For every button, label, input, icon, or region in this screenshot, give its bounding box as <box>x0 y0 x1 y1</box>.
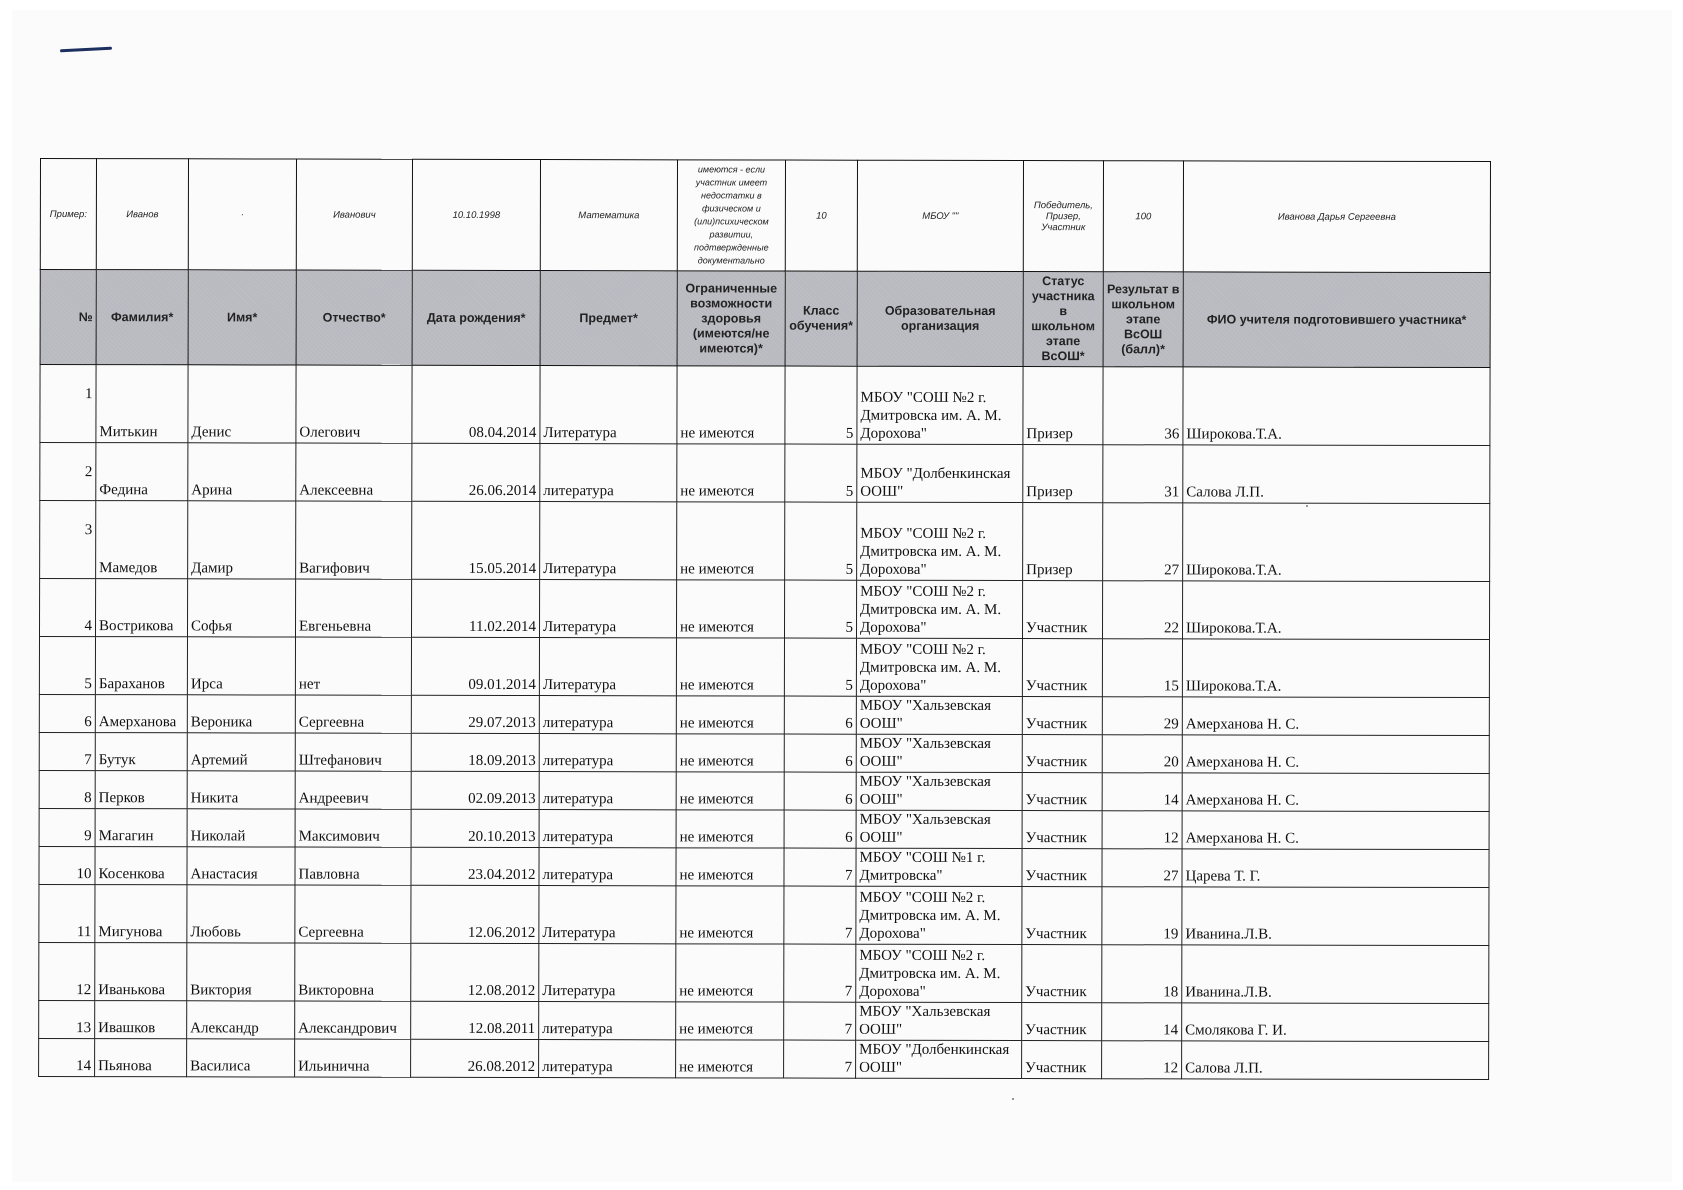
row-grade: 6 <box>784 810 856 848</box>
example-subject: Математика <box>540 160 677 271</box>
row-status: Участник <box>1022 773 1102 811</box>
row-birth-date: 20.10.2013 <box>411 809 539 847</box>
participants-table: Пример: Иванов · Иванович 10.10.1998 Мат… <box>38 158 1491 1080</box>
table-row: 10КосенковаАнастасияПавловна23.04.2012ли… <box>39 846 1489 887</box>
table-row: 8ПерковНикитаАндреевич02.09.2013литерату… <box>39 770 1489 811</box>
col-surname: Фамилия* <box>96 270 188 365</box>
row-health: не имеются <box>676 886 784 944</box>
row-num: 6 <box>39 694 95 732</box>
row-birth-date: 02.09.2013 <box>411 771 539 809</box>
table-row: 9МагагинНиколайМаксимович20.10.2013литер… <box>39 808 1489 849</box>
row-name: Александр <box>187 1001 295 1039</box>
example-score: 100 <box>1103 161 1183 272</box>
example-row: Пример: Иванов · Иванович 10.10.1998 Мат… <box>40 159 1490 273</box>
row-health: не имеются <box>676 1040 784 1078</box>
row-subject: литература <box>539 848 676 886</box>
row-grade: 5 <box>784 580 856 638</box>
table-row: 5БарахановИрсанет09.01.2014Литературане … <box>39 637 1489 698</box>
row-patronymic: Сергеевна <box>295 695 411 733</box>
col-status: Статус участника в школьном этапе ВсОШ* <box>1023 272 1103 367</box>
row-birth-date: 08.04.2014 <box>412 365 540 443</box>
row-grade: 5 <box>785 444 857 502</box>
row-teacher: Смолякова Г. И. <box>1182 1003 1489 1042</box>
row-patronymic: Викторовна <box>295 943 411 1001</box>
row-name: Артемий <box>187 733 295 771</box>
table-row: 1МитькинДенисОлегович08.04.2014Литератур… <box>40 365 1490 446</box>
row-patronymic: Алексеевна <box>296 443 412 501</box>
row-name: Никита <box>187 771 295 809</box>
row-grade: 5 <box>785 366 857 444</box>
col-organization: Образовательная организация <box>857 271 1023 366</box>
row-subject: литература <box>540 444 677 502</box>
row-birth-date: 11.02.2014 <box>411 579 539 637</box>
col-patronymic: Отчество* <box>296 270 412 365</box>
row-score: 31 <box>1103 445 1183 503</box>
row-birth-date: 18.09.2013 <box>411 733 539 771</box>
row-health: не имеются <box>676 772 784 810</box>
row-grade: 7 <box>784 944 856 1002</box>
row-organization: МБОУ "Долбенкинская ООШ" <box>856 1040 1022 1078</box>
table-row: 3МамедовДамирВагифович15.05.2014Литерату… <box>40 501 1490 582</box>
row-organization: МБОУ "СОШ №2 г. Дмитровска им. А. М. Дор… <box>856 944 1022 1002</box>
table-row: 14ПьяноваВасилисаИльинична26.08.2012лите… <box>39 1038 1489 1079</box>
row-health: не имеются <box>676 1002 784 1040</box>
example-num: Пример: <box>40 159 96 270</box>
row-subject: Литература <box>539 886 676 944</box>
row-organization: МБОУ "Хальзевская ООШ" <box>856 734 1022 772</box>
row-patronymic: Штефанович <box>295 733 411 771</box>
row-patronymic: Олегович <box>296 365 412 443</box>
row-birth-date: 15.05.2014 <box>412 501 540 579</box>
row-teacher: Широкова.Т.А. <box>1183 367 1490 446</box>
row-teacher: Широкова.Т.А. <box>1183 503 1490 582</box>
row-num: 3 <box>40 501 96 579</box>
row-score: 27 <box>1103 503 1183 581</box>
row-status: Участник <box>1022 581 1102 639</box>
example-grade: 10 <box>785 160 857 271</box>
row-score: 12 <box>1102 1041 1182 1079</box>
row-patronymic: Александрович <box>295 1001 411 1039</box>
row-teacher: Амерханова Н. С. <box>1182 735 1489 774</box>
pen-mark <box>60 47 112 53</box>
row-grade: 6 <box>784 734 856 772</box>
row-status: Призер <box>1023 367 1103 445</box>
row-organization: МБОУ "СОШ №2 г. Дмитровска им. А. М. Дор… <box>856 886 1022 944</box>
row-score: 18 <box>1102 945 1182 1003</box>
row-status: Участник <box>1022 945 1102 1003</box>
col-subject: Предмет* <box>540 271 677 366</box>
row-patronymic: Павловна <box>295 847 411 885</box>
table-row: 12ИваньковаВикторияВикторовна12.08.2012Л… <box>39 942 1489 1003</box>
row-teacher: Салова Л.П. <box>1183 445 1490 504</box>
row-score: 29 <box>1102 697 1182 735</box>
row-health: не имеются <box>676 944 784 1002</box>
row-health: не имеются <box>676 696 784 734</box>
row-status: Участник <box>1022 849 1102 887</box>
row-organization: МБОУ "Хальзевская ООШ" <box>856 696 1022 734</box>
row-teacher: Амерханова Н. С. <box>1182 697 1489 736</box>
row-patronymic: нет <box>295 637 411 695</box>
col-birth-date: Дата рождения* <box>412 270 540 365</box>
row-health: не имеются <box>677 502 785 580</box>
row-subject: Литература <box>539 944 676 1002</box>
row-teacher: Иванина.Л.В. <box>1182 887 1489 946</box>
row-organization: МБОУ "Хальзевская ООШ" <box>856 1002 1022 1040</box>
row-status: Участник <box>1022 1003 1102 1041</box>
row-organization: МБОУ "СОШ №2 г. Дмитровска им. А. М. Дор… <box>857 366 1023 444</box>
row-status: Участник <box>1022 735 1102 773</box>
row-health: не имеются <box>676 810 784 848</box>
row-score: 22 <box>1102 581 1182 639</box>
row-grade: 7 <box>784 1002 856 1040</box>
table-row: 4ВостриковаСофьяЕвгеньевна11.02.2014Лите… <box>39 579 1489 640</box>
row-score: 19 <box>1102 887 1182 945</box>
row-surname: Вострикова <box>95 579 187 637</box>
row-grade: 7 <box>784 848 856 886</box>
row-status: Призер <box>1023 503 1103 581</box>
row-grade: 7 <box>784 1040 856 1078</box>
example-name: · <box>188 159 296 270</box>
row-subject: литература <box>539 772 676 810</box>
row-surname: Перков <box>95 771 187 809</box>
row-name: Виктория <box>187 943 295 1001</box>
row-teacher: Царева Т. Г. <box>1182 849 1489 888</box>
row-organization: МБОУ "СОШ №2 г. Дмитровска им. А. М. Дор… <box>856 638 1022 696</box>
row-teacher: Амерханова Н. С. <box>1182 773 1489 812</box>
row-status: Участник <box>1022 697 1102 735</box>
row-score: 20 <box>1102 735 1182 773</box>
table-row: 2ФединаАринаАлексеевна26.06.2014литерату… <box>40 443 1490 504</box>
row-name: Анастасия <box>187 847 295 885</box>
table-row: 7БутукАртемийШтефанович18.09.2013литерат… <box>39 732 1489 773</box>
row-name: Арина <box>188 443 296 501</box>
row-teacher: Салова Л.П. <box>1182 1041 1489 1080</box>
row-score: 27 <box>1102 849 1182 887</box>
row-patronymic: Ильинична <box>295 1039 411 1077</box>
row-birth-date: 09.01.2014 <box>411 637 539 695</box>
col-health: Ограниченные возможности здоровья (имеют… <box>677 271 785 366</box>
example-birth-date: 10.10.1998 <box>412 159 540 270</box>
row-name: Василиса <box>187 1039 295 1077</box>
row-surname: Митькин <box>96 365 188 443</box>
row-subject: литература <box>539 696 676 734</box>
row-num: 4 <box>39 579 95 637</box>
row-patronymic: Сергеевна <box>295 885 411 943</box>
row-status: Участник <box>1022 1041 1102 1079</box>
row-num: 5 <box>39 637 95 695</box>
row-grade: 7 <box>784 886 856 944</box>
row-num: 12 <box>39 942 95 1000</box>
row-grade: 6 <box>784 696 856 734</box>
row-health: не имеются <box>676 734 784 772</box>
row-birth-date: 12.06.2012 <box>411 885 539 943</box>
row-surname: Иванькова <box>95 943 187 1001</box>
row-patronymic: Вагифович <box>296 501 412 579</box>
row-name: Ирса <box>187 637 295 695</box>
row-num: 13 <box>39 1000 95 1038</box>
row-surname: Мигунова <box>95 885 187 943</box>
row-health: не имеются <box>677 366 785 444</box>
row-health: не имеются <box>676 580 784 638</box>
row-teacher: Иванина.Л.В. <box>1182 945 1489 1004</box>
row-health: не имеются <box>676 848 784 886</box>
row-health: не имеются <box>676 638 784 696</box>
row-num: 2 <box>40 443 96 501</box>
row-organization: МБОУ "Хальзевская ООШ" <box>856 810 1022 848</box>
example-health: имеются - если участник имеет недостатки… <box>677 160 785 271</box>
col-score: Результат в школьном этапе ВсОШ (балл)* <box>1103 272 1183 367</box>
row-teacher: Широкова.Т.А. <box>1182 639 1489 698</box>
row-subject: литература <box>539 1002 676 1040</box>
row-subject: Литература <box>539 638 676 696</box>
example-teacher: Иванова Дарья Сергеевна <box>1183 161 1490 273</box>
row-score: 14 <box>1102 1003 1182 1041</box>
header-row: № Фамилия* Имя* Отчество* Дата рождения*… <box>40 270 1490 368</box>
row-teacher: Амерханова Н. С. <box>1182 811 1489 850</box>
col-teacher: ФИО учителя подготовившего участника* <box>1183 272 1490 368</box>
row-surname: Бутук <box>95 733 187 771</box>
row-status: Призер <box>1023 445 1103 503</box>
row-organization: МБОУ "СОШ №2 г. Дмитровска им. А. М. Дор… <box>856 580 1022 638</box>
row-subject: Литература <box>540 502 677 580</box>
row-surname: Амерханова <box>95 695 187 733</box>
row-subject: литература <box>539 810 676 848</box>
row-name: Вероника <box>187 695 295 733</box>
row-score: 14 <box>1102 773 1182 811</box>
row-num: 11 <box>39 884 95 942</box>
row-subject: Литература <box>539 580 676 638</box>
row-subject: Литература <box>540 366 677 444</box>
row-grade: 6 <box>784 772 856 810</box>
row-organization: МБОУ "СОШ №1 г. Дмитровска" <box>856 848 1022 886</box>
row-grade: 5 <box>785 502 857 580</box>
row-teacher: Широкова.Т.А. <box>1182 581 1489 640</box>
row-num: 14 <box>39 1038 95 1076</box>
row-name: Дамир <box>188 501 296 579</box>
col-name: Имя* <box>188 270 296 365</box>
row-patronymic: Андреевич <box>295 771 411 809</box>
row-status: Участник <box>1022 639 1102 697</box>
row-grade: 5 <box>784 638 856 696</box>
row-surname: Федина <box>96 443 188 501</box>
row-subject: литература <box>539 1040 676 1078</box>
row-name: Денис <box>188 365 296 443</box>
row-surname: Ивашков <box>95 1001 187 1039</box>
row-birth-date: 23.04.2012 <box>411 847 539 885</box>
row-birth-date: 26.06.2014 <box>412 443 540 501</box>
row-surname: Магагин <box>95 809 187 847</box>
example-status: Победитель, Призер, Участник <box>1023 161 1103 272</box>
stray-dot <box>1012 1098 1014 1100</box>
row-score: 12 <box>1102 811 1182 849</box>
table-row: 11МигуноваЛюбовьСергеевна12.06.2012Литер… <box>39 884 1489 945</box>
row-patronymic: Евгеньевна <box>295 579 411 637</box>
row-patronymic: Максимович <box>295 809 411 847</box>
row-health: не имеются <box>677 444 785 502</box>
row-num: 10 <box>39 846 95 884</box>
row-birth-date: 29.07.2013 <box>411 695 539 733</box>
row-num: 9 <box>39 808 95 846</box>
row-birth-date: 12.08.2012 <box>411 943 539 1001</box>
table-body: 1МитькинДенисОлегович08.04.2014Литератур… <box>39 365 1490 1080</box>
row-surname: Косенкова <box>95 847 187 885</box>
table-row: 6АмерхановаВероникаСергеевна29.07.2013ли… <box>39 694 1489 735</box>
example-patronymic: Иванович <box>296 159 412 270</box>
col-num: № <box>40 270 96 365</box>
col-grade: Класс обучения* <box>785 271 857 366</box>
row-num: 1 <box>40 365 96 443</box>
row-score: 15 <box>1102 639 1182 697</box>
row-organization: МБОУ "Долбенкинская ООШ" <box>857 444 1023 502</box>
row-status: Участник <box>1022 811 1102 849</box>
row-score: 36 <box>1103 367 1183 445</box>
row-organization: МБОУ "Хальзевская ООШ" <box>856 772 1022 810</box>
row-subject: литература <box>539 734 676 772</box>
row-birth-date: 26.08.2012 <box>411 1039 539 1077</box>
row-name: Николай <box>187 809 295 847</box>
row-birth-date: 12.08.2011 <box>411 1001 539 1039</box>
row-surname: Бараханов <box>95 637 187 695</box>
example-surname: Иванов <box>96 159 188 270</box>
table-row: 13ИвашковАлександрАлександрович12.08.201… <box>39 1000 1489 1041</box>
row-num: 8 <box>39 770 95 808</box>
row-name: Софья <box>187 579 295 637</box>
row-organization: МБОУ "СОШ №2 г. Дмитровска им. А. М. Дор… <box>857 502 1023 580</box>
example-organization: МБОУ "" <box>857 160 1023 271</box>
row-num: 7 <box>39 732 95 770</box>
row-status: Участник <box>1022 887 1102 945</box>
row-surname: Мамедов <box>96 501 188 579</box>
row-surname: Пьянова <box>95 1039 187 1077</box>
row-name: Любовь <box>187 885 295 943</box>
